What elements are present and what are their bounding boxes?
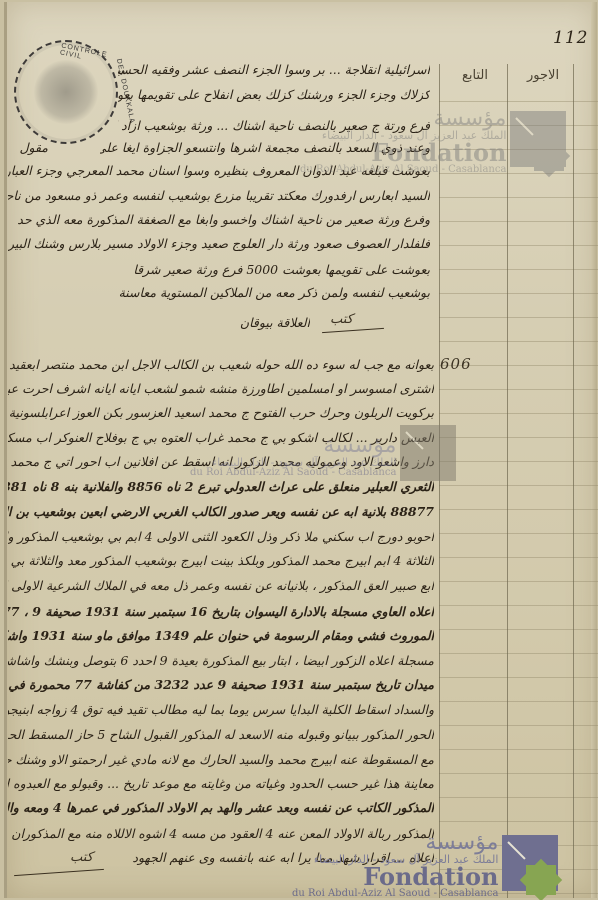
- watermark-arabic-title: مؤسسة: [292, 832, 498, 854]
- text-line: اسرائيلية انقلاجة ... بر وسوا الجزء النص…: [118, 62, 430, 77]
- ruled-columns: [439, 78, 598, 898]
- column-header-tabi: التابع: [462, 68, 488, 83]
- text-line: المذكور الكاتب عن نفسه وبعد عشر والهد بم…: [8, 800, 434, 815]
- page-number: 112: [553, 28, 588, 48]
- text-line: السيد ابعارس ارفدورك معكتد تقريبا مزرع ب…: [8, 188, 430, 203]
- text-line: معاينة هذا غير حسب الحدود وغياته من وغاي…: [8, 776, 434, 791]
- signature: كتب: [330, 312, 353, 327]
- text-line: بعوانه مع جب له سوء ده الله حوله شعيب بن…: [8, 357, 434, 372]
- text-line: ميدان تاريخ سبتمبر سنة 1931 صحيفة 9 عدد …: [8, 677, 434, 692]
- text-line: كزلاك وجزء الجزء ورشنك كزلك بعض انفلاح ع…: [118, 87, 430, 102]
- signature: كتب: [70, 850, 93, 865]
- text-line: 88877 بلانية ابه عن نفسه ويعر صدور الكال…: [8, 504, 434, 519]
- watermark-arabic-title: مؤسسة: [190, 435, 396, 457]
- text-line: الموروث فشي ومقام الرسومة في حنوان علم 1…: [8, 628, 434, 643]
- column-divider: [507, 64, 508, 898]
- watermark-french-subtitle: du Roi Abdul-Aziz Al Saoud - Casablanca: [190, 468, 396, 478]
- text-line: الثلاثة 4 ابم ابيرج محمد المذكور وبلكذ ب…: [8, 553, 434, 568]
- column-header-ajr: الاجور: [527, 68, 559, 83]
- text-line: بعوشت على تقويمها بعوشت 5000 فرع ورثة صع…: [8, 262, 430, 277]
- marginal-note: مقول: [8, 140, 48, 155]
- watermark-french-subtitle: du Roi Abdul-Aziz Al Saoud - Casablanca: [292, 889, 498, 899]
- watermark-french-title: Fondation: [292, 865, 498, 889]
- entry-number: 606: [440, 355, 472, 373]
- official-stamp: CONTROLE CIVIL DES DOUKKALA: [14, 40, 118, 144]
- text-line: احوبو دورج اب سكني ملا ذكر وذل الكعود ال…: [8, 529, 434, 544]
- fondation-logo-icon: [510, 111, 566, 173]
- text-line: والسداد اسقاط الكلية البدايا سرس يوما بم…: [8, 702, 434, 717]
- column-divider: [573, 64, 574, 898]
- watermark-arabic-subtitle: الملك عبد العزيز آل سعود - الدار البيضاء: [190, 457, 396, 468]
- stamp-emblem-icon: [34, 60, 98, 124]
- text-line: بركويت الربلون وحرك حرب الفتوح ج محمد اس…: [8, 405, 434, 420]
- text-line: الحور المذكور ببيانو وقبوله منه الاسعد ل…: [8, 727, 434, 742]
- text-line: ابع صبير العق المذكور ، بلانيانه عن نفسه…: [8, 578, 434, 593]
- watermark-fondation-middle: مؤسسة الملك عبد العزيز آل سعود - الدار ا…: [190, 425, 456, 487]
- watermark-arabic-title: مؤسسة: [300, 108, 506, 130]
- fondation-logo-icon: [400, 425, 456, 487]
- watermark-fondation-bottom: مؤسسة الملك عبد العزيز آل سعود - الدار ا…: [292, 832, 558, 899]
- text-line: بوشعيب لنفسه ولمن ذكر معه من الملاكين ال…: [8, 285, 430, 300]
- text-line: وفرع ورثة صعير من ناحية اشناك واخسو وابغ…: [8, 212, 430, 227]
- watermark-french-title: Fondation: [300, 141, 506, 165]
- watermark-french-subtitle: du Roi Abdul-Aziz Al Saoud - Casablanca: [300, 165, 506, 175]
- text-line: العلاقة بيوقان: [240, 315, 310, 330]
- text-line: فلفلدار العصوف صعود ورثة دار العلوج صعيد…: [8, 236, 430, 251]
- text-line: مسجلة اعلاه الزكور ابيضا ، ابتار بيع الم…: [8, 653, 434, 668]
- watermark-fondation-top: مؤسسة الملك عبد العزيز آل سعود - الدار ا…: [300, 108, 566, 175]
- text-line: اشترى امسوسر او امسلمين اطاورزة منشه شمو…: [8, 381, 434, 396]
- text-line: اعلاه العاوي مسجلة بالادارة اليسوان بتار…: [8, 604, 434, 619]
- text-line: مع المسقوطة عنه ابيرج محمد والسيد الحارك…: [8, 752, 434, 767]
- fondation-logo-icon: [502, 835, 558, 897]
